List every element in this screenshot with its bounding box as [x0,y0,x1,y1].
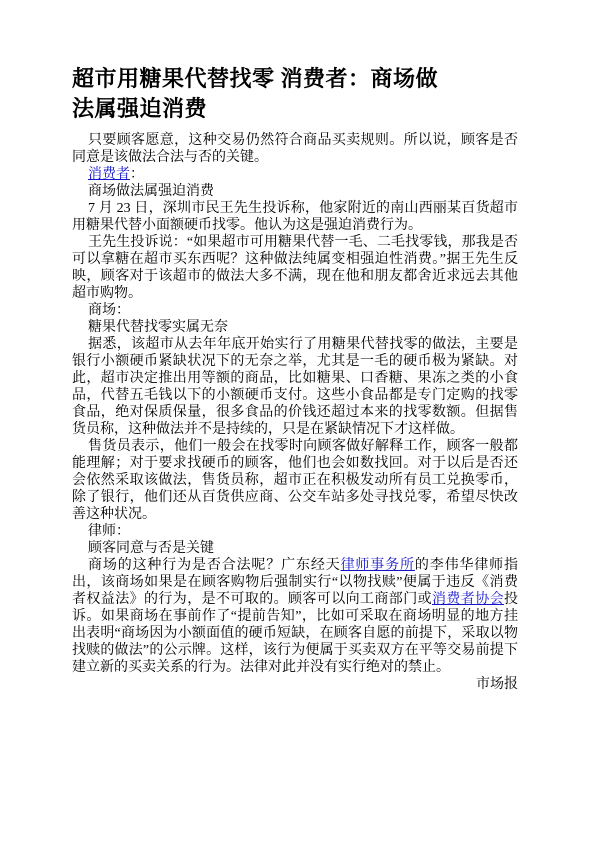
consumer-label-colon: ： [130,167,144,182]
source-byline: 市场报 [72,676,518,693]
complaint-paragraph: 7 月 23 日，深圳市民王先生投诉称，他家附近的南山西丽某百货超市用糖果代替小… [72,200,518,234]
section-heading-mall-practice: 商场做法属强迫消费 [72,183,518,200]
wang-quote-paragraph: 王先生投诉说：“如果超市可用糖果代替一毛、二毛找零钱，那我是否可以拿糖在超市买东… [72,234,518,302]
consumer-link[interactable]: 消费者 [88,167,130,182]
mall-label-line: 商场： [72,302,518,319]
law-firm-link[interactable]: 律师事务所 [341,558,415,573]
section-heading-candy-change: 糖果代替找零实属无奈 [72,319,518,336]
lawyer-paragraph-segment-1: 商场的这种行为是否合法呢？广东经天 [88,558,341,573]
consumer-label-line: 消费者： [72,166,518,183]
document-title: 超市用糖果代替找零 消费者：商场做法属强迫消费 [72,64,454,124]
document-content: 超市用糖果代替找零 消费者：商场做法属强迫消费 只要顾客愿意，这种交易仍然符合商… [0,0,595,693]
consumer-association-link[interactable]: 消费者协会 [432,592,504,607]
section-heading-consent-key: 顾客同意与否是关键 [72,540,518,557]
lawyer-label-line: 律师： [72,523,518,540]
intro-paragraph: 只要顾客愿意，这种交易仍然符合商品买卖规则。所以说，顾客是否同意是该做法合法与否… [72,132,518,166]
lawyer-opinion-paragraph: 商场的这种行为是否合法呢？广东经天律师事务所的李伟华律师指出，该商场如果是在顾客… [72,557,518,676]
market-explanation-paragraph: 据悉，该超市从去年年底开始实行了用糖果代替找零的做法，主要是银行小额硬币紧缺状况… [72,336,518,438]
clerk-statement-paragraph: 售货员表示，他们一般会在找零时向顾客做好解释工作，顾客一般都能理解；对于要求找硬… [72,438,518,523]
document-page: 超市用糖果代替找零 消费者：商场做法属强迫消费 只要顾客愿意，这种交易仍然符合商… [0,0,595,842]
